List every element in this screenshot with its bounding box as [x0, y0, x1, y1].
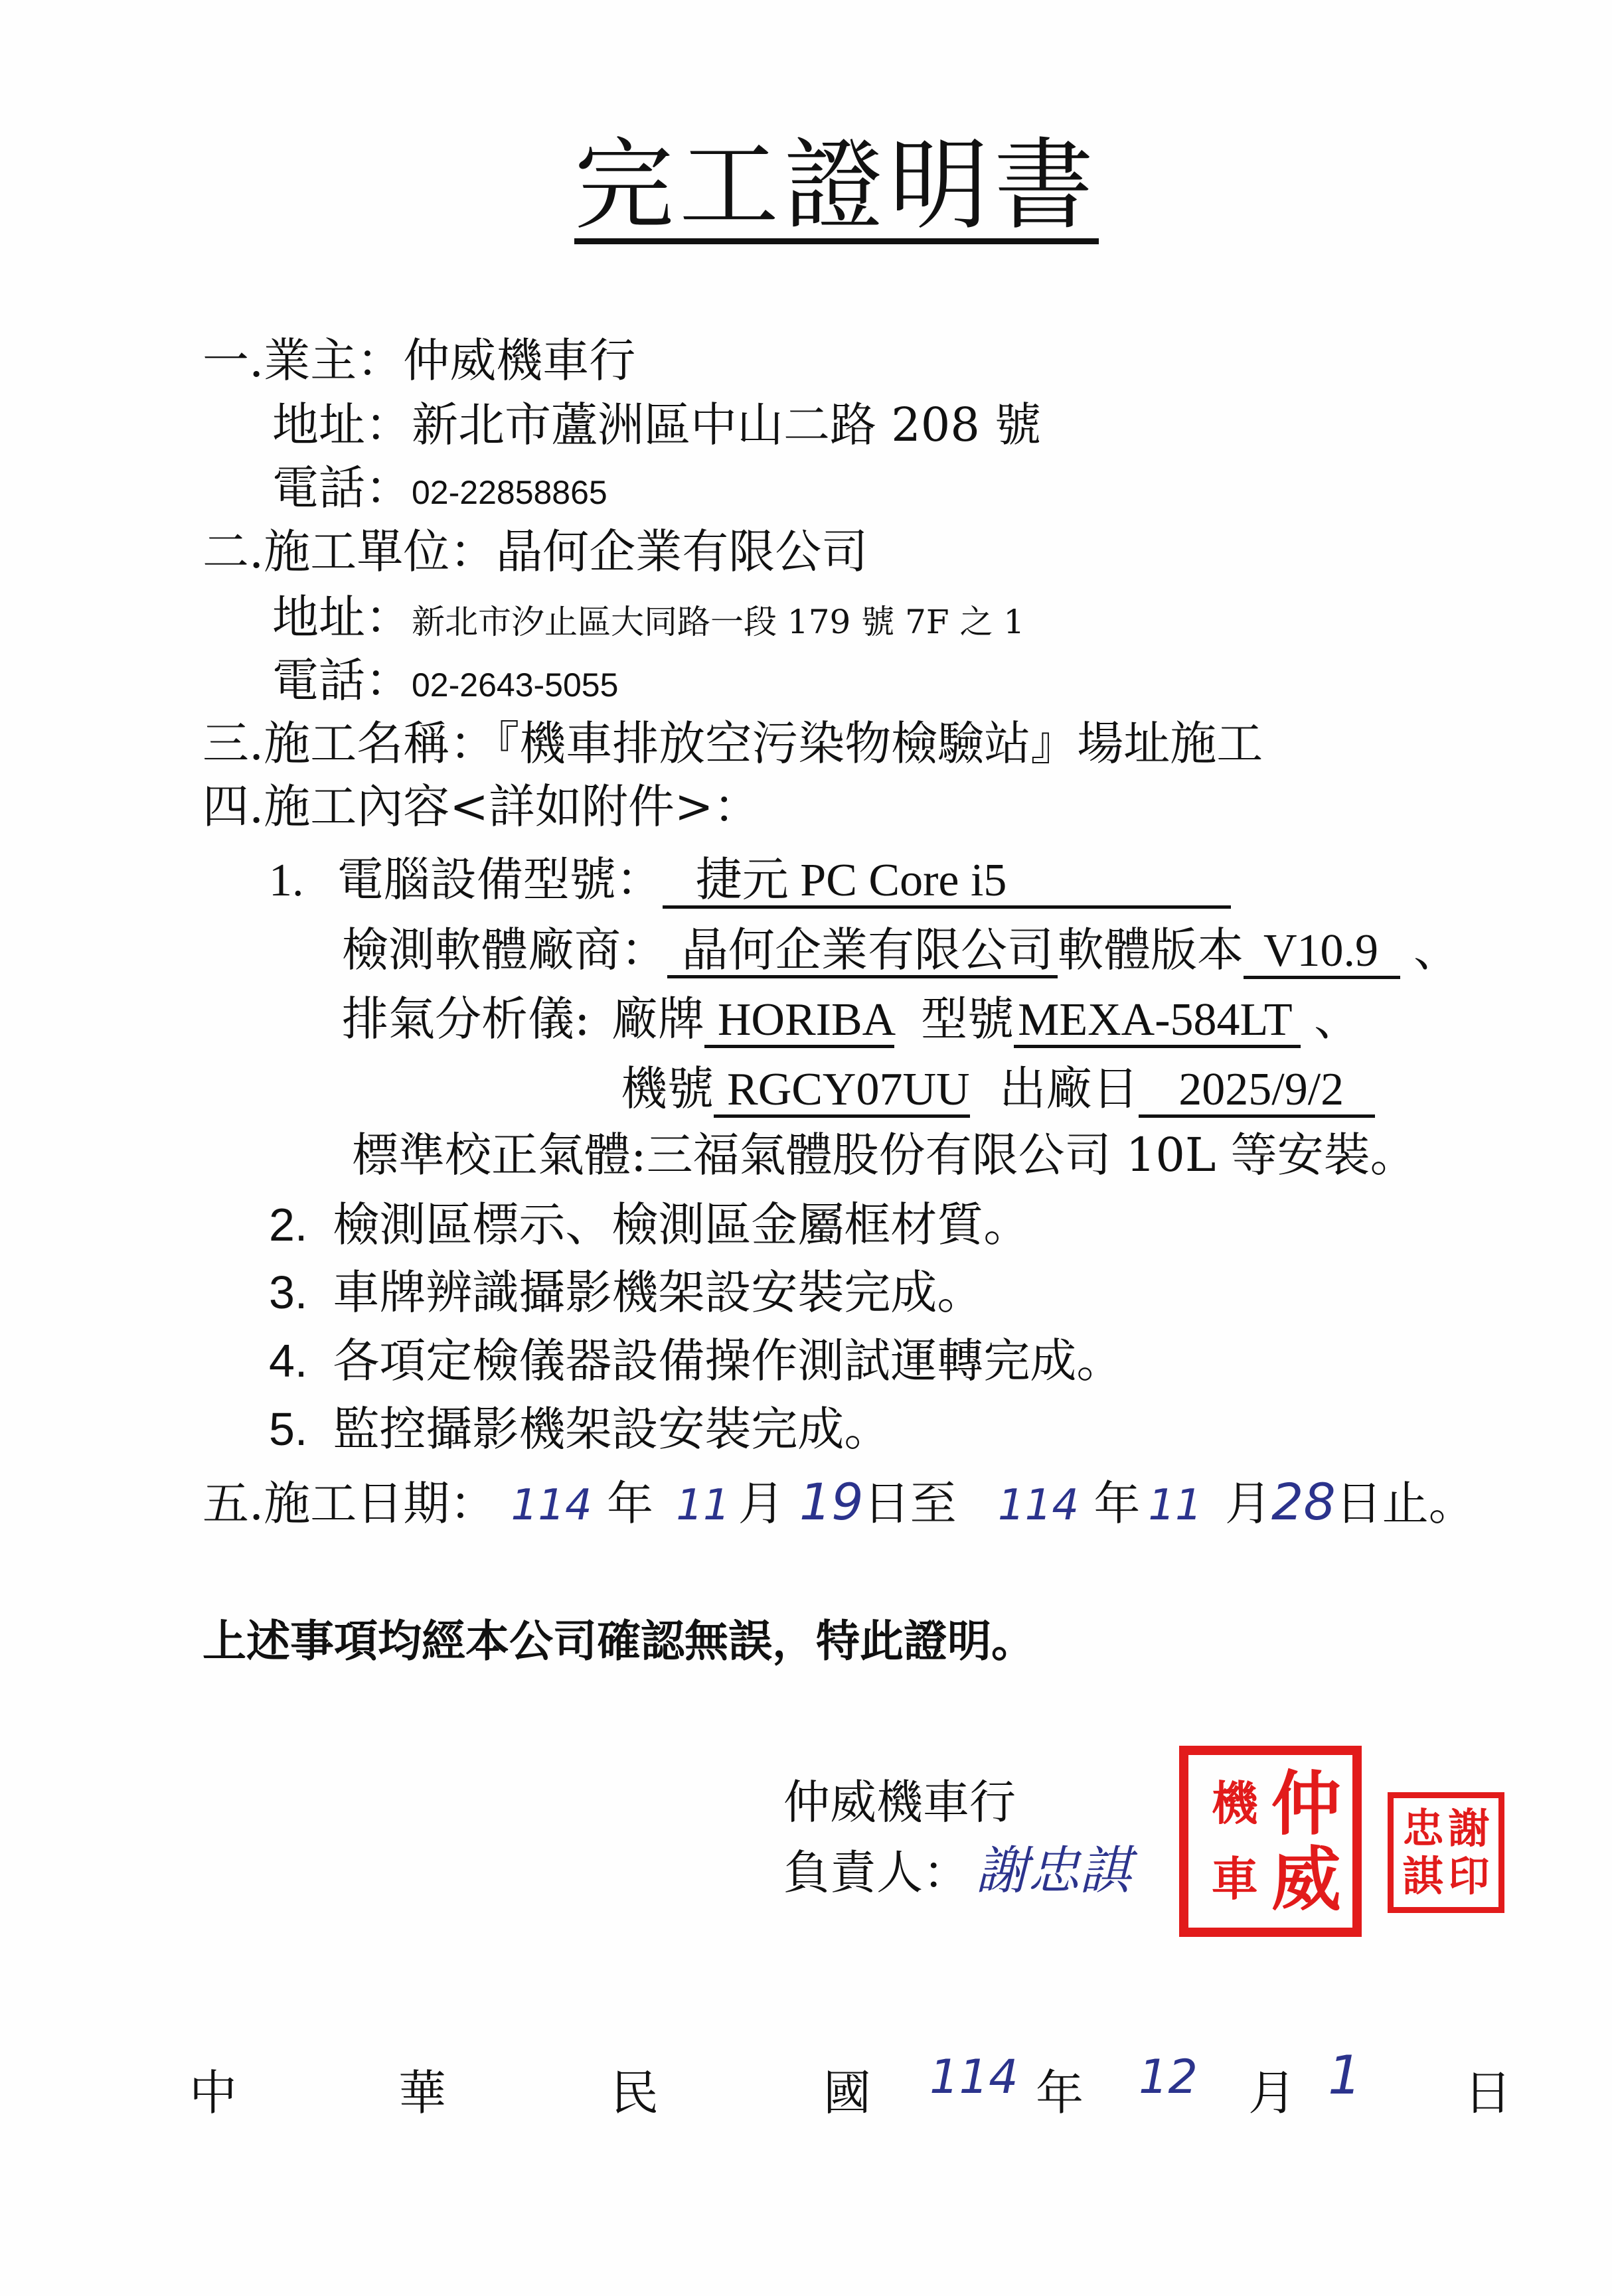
- seal-char: 仲: [1271, 1766, 1342, 1841]
- year-unit: 年: [1093, 1476, 1140, 1531]
- end-day-handwritten: 28: [1271, 1472, 1336, 1531]
- start-year-handwritten: 114: [511, 1481, 592, 1530]
- owner-name: 仲威機車行: [403, 333, 635, 388]
- footer-day-handwritten: 1: [1328, 2044, 1362, 2106]
- model-label: 型號: [921, 992, 1014, 1046]
- document-title: 完工證明書: [574, 136, 1099, 244]
- separator: 、: [1413, 923, 1460, 977]
- content-item-3: 3.車牌辨識攝影機架設安裝完成。: [269, 1269, 983, 1316]
- footer-year-handwritten: 114: [929, 2050, 1018, 2104]
- brand-value: HORIBA: [704, 996, 894, 1048]
- to-text: 日至: [864, 1476, 957, 1531]
- seal-char: 威: [1271, 1841, 1342, 1917]
- serial-value: RGCY07UU: [714, 1065, 970, 1118]
- item1-serial-line: 機號RGCY07UU 出廠日2025/9/2: [621, 1065, 1375, 1118]
- item-number: 3.: [269, 1266, 307, 1318]
- project-name: 『機車排放空污染物檢驗站』場址施工: [496, 716, 1263, 771]
- contractor-phone-line: 電話：02-2643-5055: [272, 657, 618, 704]
- person-signature: 謝忠諆: [976, 1841, 1131, 1901]
- separator: 、: [1314, 992, 1360, 1046]
- period-line: 五.施工日期： 114 年 11月 19日至 114 年11 月28日止。: [202, 1477, 1475, 1527]
- footer-year-unit: 年: [1036, 2054, 1084, 2123]
- person-label: 負責人：: [783, 1845, 969, 1900]
- item-text: 檢測區標示、檢測區金屬框材質。: [333, 1197, 1030, 1252]
- project-label: 三.施工名稱：: [202, 716, 496, 771]
- month-unit: 月: [1225, 1476, 1271, 1531]
- seal-char: 機: [1199, 1766, 1271, 1841]
- year-unit: 年: [607, 1476, 653, 1531]
- item1-pc-line: 1. 電腦設備型號：捷元 PC Core i5: [269, 856, 1231, 909]
- item-number: 2.: [269, 1199, 307, 1251]
- item1-gas-line: 標準校正氣體:三福氣體股份有限公司 10L 等安裝。: [352, 1132, 1417, 1178]
- owner-address-line: 地址：新北市蘆洲區中山二路 208 號: [272, 402, 1041, 448]
- contractor-address-label: 地址：: [272, 590, 412, 645]
- owner-phone-label: 電話：: [272, 461, 412, 515]
- owner-phone: 02-22858865: [412, 474, 607, 511]
- mfg-value: 2025/9/2: [1139, 1065, 1375, 1118]
- contractor-label: 二.施工單位：: [202, 524, 496, 579]
- signature-company: 仲威機車行: [783, 1779, 1016, 1825]
- owner-address: 新北市蘆洲區中山二路 208 號: [412, 398, 1041, 452]
- version-label: 軟體版本: [1058, 923, 1244, 977]
- contractor-phone-label: 電話：: [272, 653, 412, 708]
- period-label: 五.施工日期：: [202, 1476, 496, 1531]
- software-vendor: 晶何企業有限公司: [667, 926, 1058, 978]
- footer-char: 中: [189, 2054, 237, 2123]
- footer-char: 國: [823, 2054, 871, 2123]
- owner-address-label: 地址：: [272, 398, 412, 452]
- contractor-phone: 02-2643-5055: [412, 666, 618, 704]
- project-line: 三.施工名稱：『機車排放空污染物檢驗站』場址施工: [202, 720, 1263, 767]
- mfg-label: 出廠日: [999, 1061, 1139, 1116]
- contractor-address-line: 地址：新北市汐止區大同路一段 179 號 7F 之 1: [272, 594, 1024, 641]
- content-heading: 四.施工內容<詳如附件>：: [202, 783, 760, 830]
- start-day-handwritten: 19: [799, 1472, 864, 1531]
- pc-value: 捷元 PC Core i5: [663, 856, 1231, 909]
- footer-char: 華: [398, 2054, 446, 2123]
- owner-label: 一.業主：: [202, 333, 403, 388]
- signature-person-line: 負責人：謝忠諆: [783, 1845, 1131, 1897]
- month-unit: 月: [738, 1476, 785, 1531]
- end-month-handwritten: 11: [1148, 1481, 1202, 1530]
- end-text: 日止。: [1336, 1476, 1475, 1531]
- contractor-name: 晶何企業有限公司: [496, 524, 868, 579]
- footer-day-unit: 日: [1464, 2054, 1512, 2123]
- seal-char: 諆: [1400, 1853, 1446, 1900]
- analyzer-label: 排氣分析儀:: [342, 992, 590, 1046]
- item-number: 4.: [269, 1335, 307, 1387]
- seal-char: 謝: [1446, 1805, 1492, 1853]
- item-text: 車牌辨識攝影機架設安裝完成。: [333, 1265, 983, 1320]
- seal-char: 印: [1446, 1853, 1492, 1900]
- software-label: 檢測軟體廠商：: [342, 923, 667, 977]
- contractor-line: 二.施工單位：晶何企業有限公司: [202, 528, 868, 575]
- item1-analyzer-line: 排氣分析儀: 廠牌HORIBA 型號MEXA-584LT、: [342, 996, 1360, 1048]
- footer-month-unit: 月: [1248, 2054, 1296, 2123]
- end-year-handwritten: 114: [998, 1481, 1079, 1530]
- contractor-address: 新北市汐止區大同路一段 179 號 7F 之 1: [412, 603, 1024, 641]
- start-month-handwritten: 11: [676, 1481, 730, 1530]
- personal-seal: 謝 印 忠 諆: [1388, 1792, 1504, 1913]
- company-seal: 仲 威 機 車: [1179, 1746, 1362, 1937]
- item-text: 各項定檢儀器設備操作測試運轉完成。: [333, 1334, 1123, 1388]
- footer-month-handwritten: 12: [1139, 2050, 1198, 2104]
- pc-label: 電腦設備型號：: [337, 852, 663, 907]
- seal-char: 忠: [1400, 1805, 1446, 1853]
- content-item-2: 2.檢測區標示、檢測區金屬框材質。: [269, 1201, 1030, 1248]
- item-text: 監控攝影機架設安裝完成。: [333, 1402, 890, 1456]
- certification-statement: 上述事項均經本公司確認無誤，特此證明。: [202, 1620, 1035, 1663]
- model-value: MEXA-584LT: [1014, 996, 1301, 1048]
- owner-phone-line: 電話：02-22858865: [272, 465, 607, 511]
- serial-label: 機號: [621, 1061, 714, 1116]
- item1-number: 1.: [269, 855, 304, 906]
- brand-label: 廠牌: [611, 992, 704, 1046]
- owner-line: 一.業主：仲威機車行: [202, 337, 635, 384]
- version-value: V10.9: [1244, 927, 1400, 979]
- footer-char: 民: [611, 2054, 659, 2123]
- seal-char: 車: [1199, 1841, 1271, 1917]
- content-item-5: 5.監控攝影機架設安裝完成。: [269, 1406, 890, 1452]
- content-item-4: 4.各項定檢儀器設備操作測試運轉完成。: [269, 1338, 1123, 1384]
- item1-software-line: 檢測軟體廠商：晶何企業有限公司軟體版本V10.9、: [342, 926, 1460, 979]
- item-number: 5.: [269, 1403, 307, 1455]
